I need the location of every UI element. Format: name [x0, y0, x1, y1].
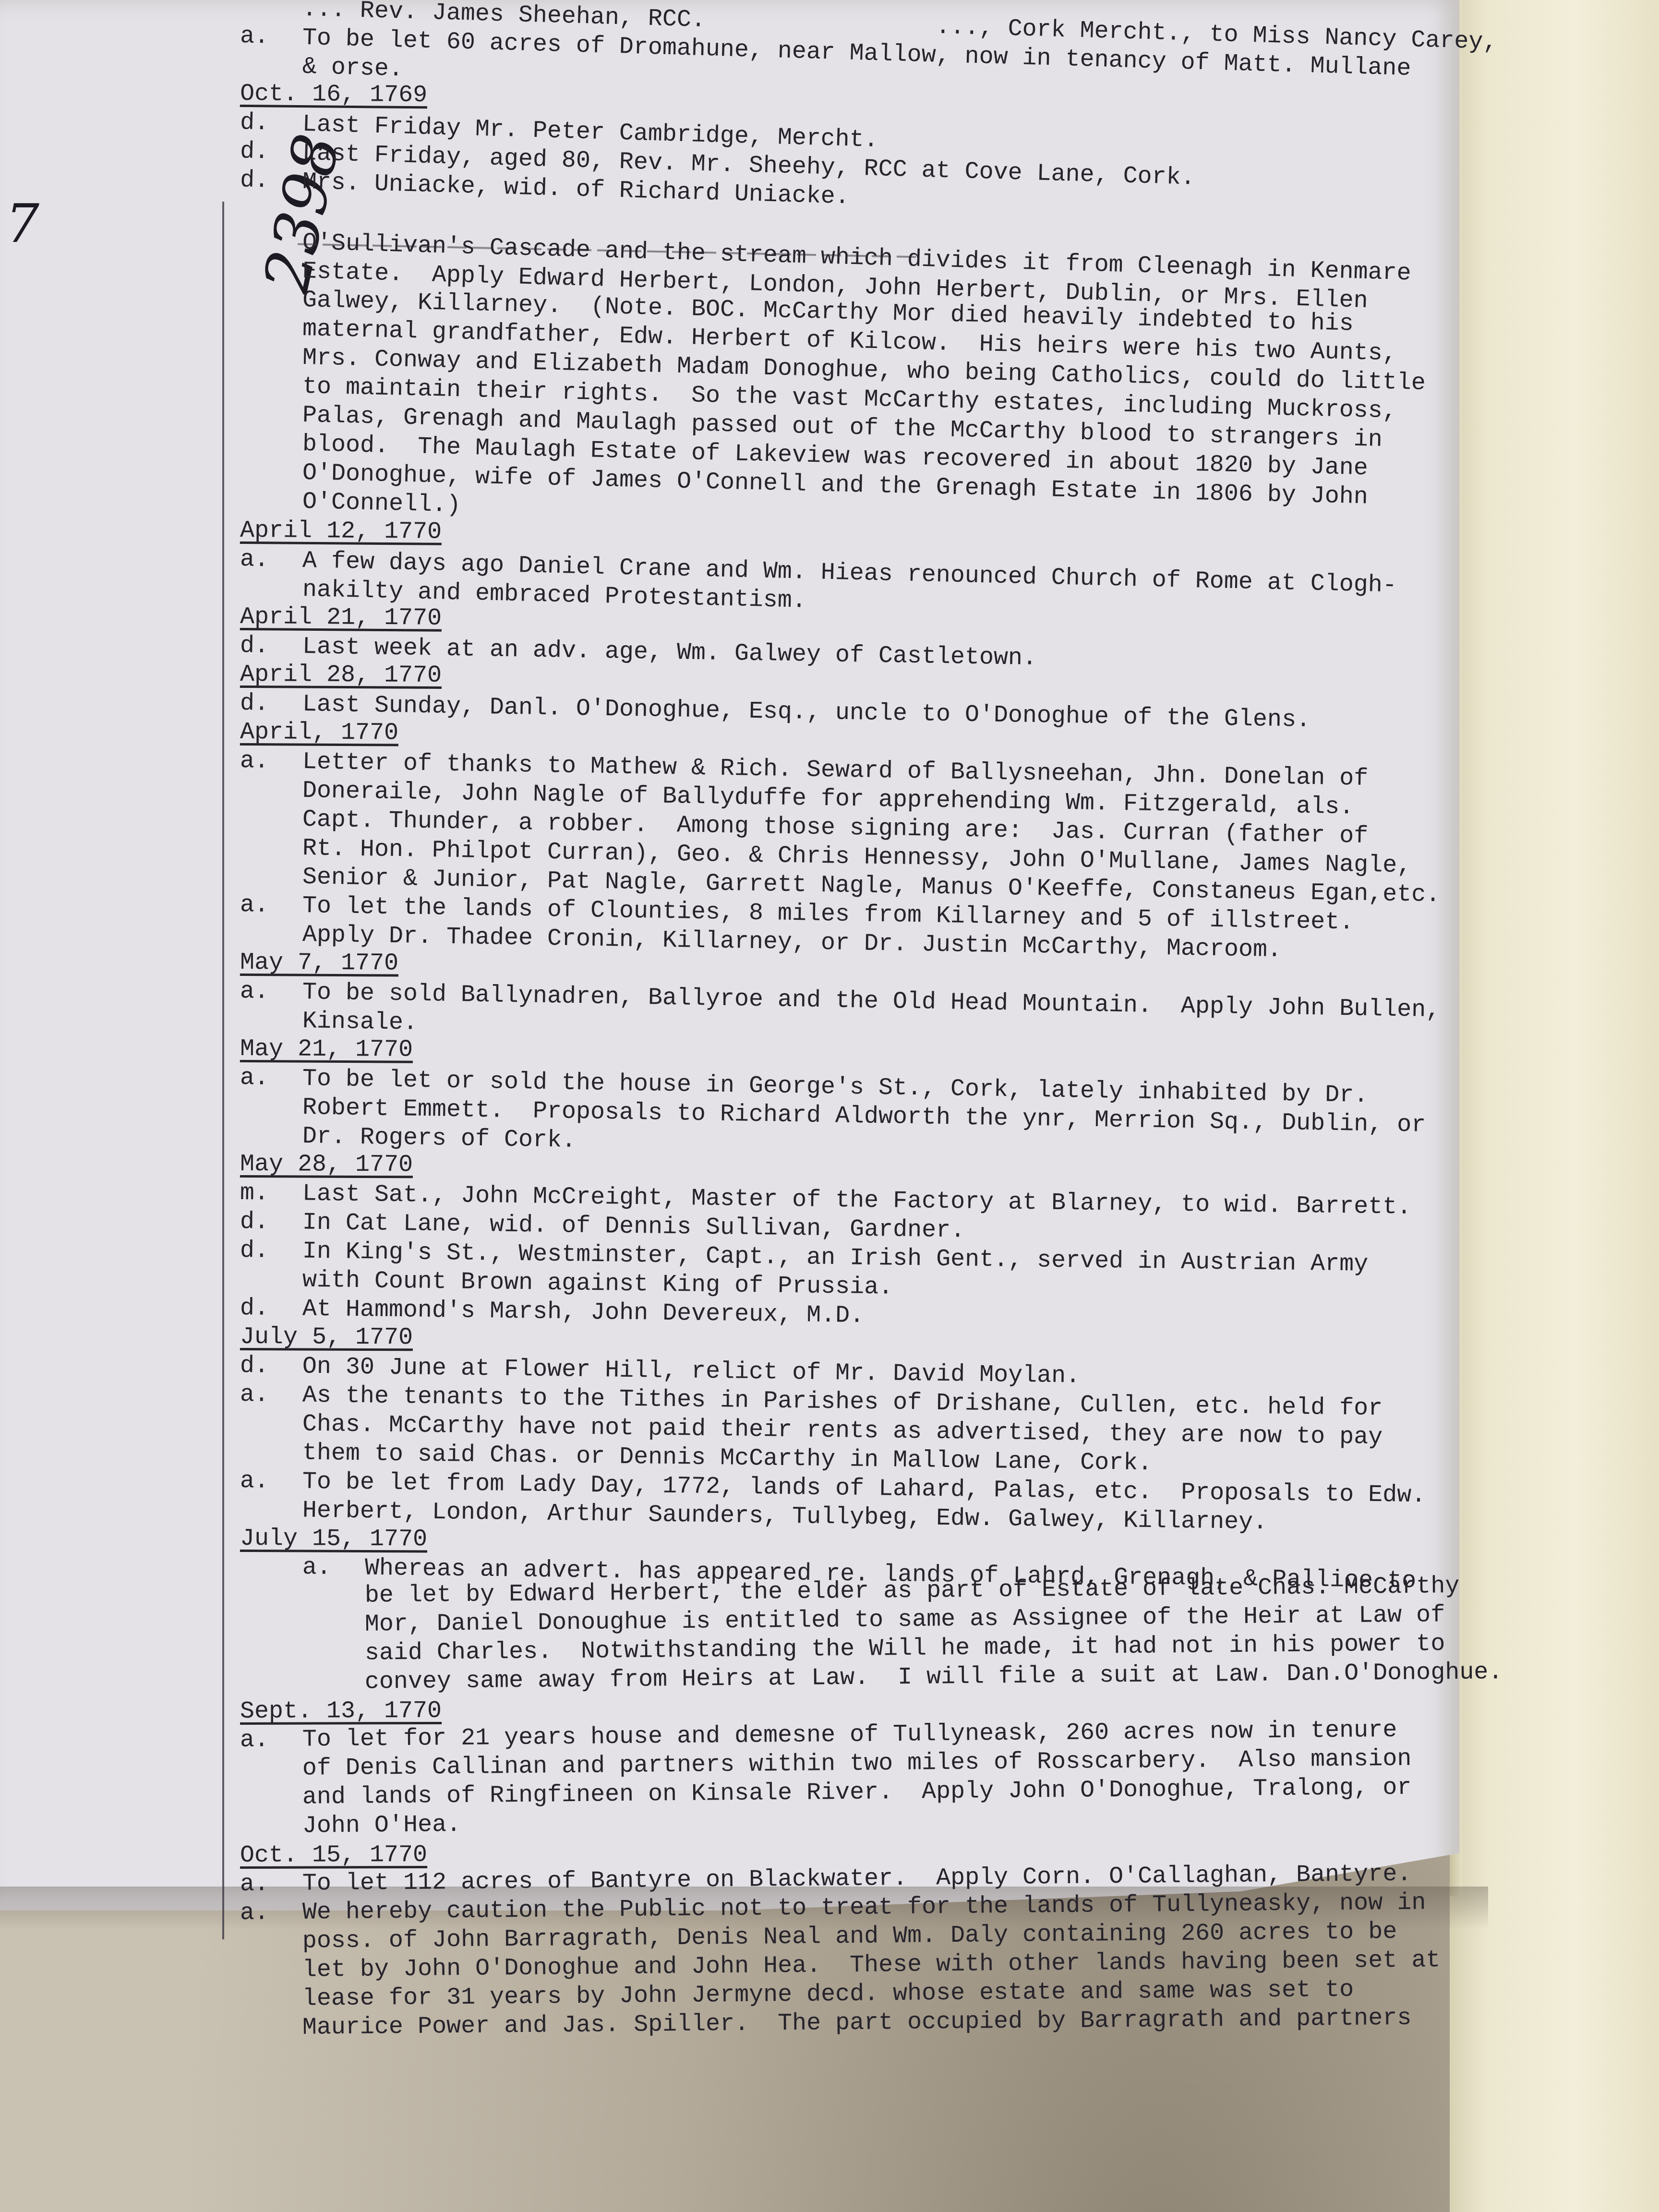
entry-type-tag [240, 1948, 302, 1948]
column-divider-line [222, 202, 224, 1939]
main-column: ... Rev. James Sheehan, RCC. ..., Cork M… [240, 0, 1488, 1920]
entry-type-tag [240, 2034, 302, 2034]
entry-type-tag: a. [240, 1728, 302, 1753]
entry-line: a.To be sold Ballynadren, Ballyroe and t… [240, 979, 1441, 1023]
entry-line: & orse. [240, 53, 403, 82]
entry-type-tag: d. [240, 634, 303, 660]
entry-type-tag [302, 1659, 365, 1660]
entry-type-tag: a. [302, 1555, 365, 1581]
entry-date: April 21, 1770 [240, 605, 442, 631]
entry-type-tag [240, 13, 302, 15]
entry-type-tag: d. [240, 1354, 303, 1380]
entry-type-tag [240, 1976, 302, 1977]
entry-line: Kinsale. [240, 1008, 418, 1036]
entry-type-tag [240, 2005, 302, 2006]
entry-line: John O'Hea. [240, 1813, 461, 1839]
entry-line: with Count Brown against King of Prussia… [240, 1267, 893, 1300]
entry-type-tag [240, 1458, 302, 1459]
handwritten-margin-mark: 7 [6, 211, 39, 236]
entry-type-tag [302, 1602, 365, 1602]
entry-type-tag [240, 825, 302, 826]
entry-line: d.Last Sunday, Danl. O'Donoghue, Esq., u… [240, 691, 1311, 733]
entry-type-tag [240, 796, 302, 797]
entry-type-tag: a. [240, 1382, 303, 1408]
entry-type-tag: d. [240, 110, 302, 137]
entry-type-tag: a. [240, 24, 302, 51]
entry-type-tag [240, 1142, 302, 1142]
entry-type-tag: a. [240, 749, 303, 775]
entry-line: Dr. Rogers of Cork. [240, 1123, 577, 1154]
entry-date: Sept. 13, 1770 [240, 1699, 442, 1724]
entry-date: May 7, 1770 [240, 950, 398, 976]
entry-type-tag [240, 854, 302, 854]
entry-type-tag: a. [240, 1900, 302, 1926]
entry-date: July 15, 1770 [240, 1527, 427, 1552]
entry-type-tag [240, 940, 302, 941]
entry-type-tag [240, 1516, 302, 1517]
entry-date: July 5, 1770 [240, 1325, 413, 1350]
entry-type-tag [240, 1286, 302, 1286]
entry-type-tag: d. [240, 1296, 303, 1322]
entry-type-tag [240, 1832, 302, 1833]
entry-type-tag [240, 1803, 302, 1804]
entry-date: May 28, 1770 [240, 1152, 413, 1178]
entry-type-tag: a. [240, 547, 302, 574]
entry-type-tag: d. [240, 139, 302, 166]
entry-date: April, 1770 [240, 720, 398, 746]
entry-type-tag: d. [240, 1238, 303, 1264]
entry-date: April 28, 1770 [240, 662, 442, 688]
entry-type-tag [302, 1631, 365, 1631]
entry-type-tag: a. [240, 1066, 303, 1092]
entry-type-tag: a. [240, 979, 303, 1005]
entry-type-tag [240, 594, 302, 596]
entry-type-tag [240, 882, 302, 883]
entry-date: May 21, 1770 [240, 1037, 413, 1063]
entry-line: O'Connell.) [302, 490, 461, 518]
entry-date: Oct. 15, 1770 [240, 1843, 427, 1868]
entry-type-tag: a. [240, 893, 303, 919]
entry-type-tag: a. [240, 1469, 303, 1495]
entry-type-tag: d. [240, 691, 303, 717]
entry-type-tag: d. [240, 1210, 303, 1236]
entry-type-tag: a. [240, 1872, 302, 1897]
entry-type-tag: d. [240, 168, 302, 195]
entry-type-tag: m. [240, 1181, 303, 1207]
entry-date: April 12, 1770 [240, 518, 442, 545]
entry-date: Oct. 16, 1769 [240, 82, 428, 108]
entry-type-tag [302, 1688, 365, 1689]
entry-type-tag [240, 1113, 302, 1114]
entry-type-tag [240, 1775, 302, 1775]
entry-type-tag [240, 71, 302, 73]
entry-type-tag [240, 1026, 302, 1027]
entry-type-tag [240, 1430, 302, 1431]
